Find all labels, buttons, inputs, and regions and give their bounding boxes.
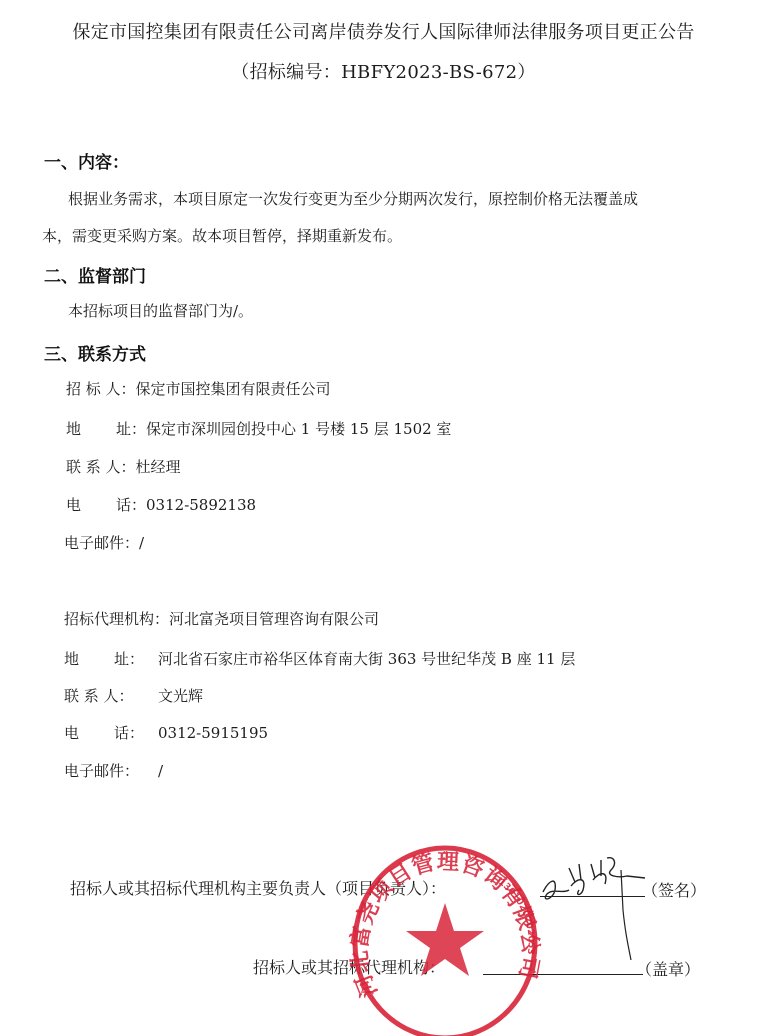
content-paragraph-line1: 根据业务需求，本项目原定一次发行变更为至少分期两次发行，原控制价格无法覆盖成 <box>68 188 638 209</box>
tenderer-name-label: 招 标 人： <box>66 380 136 398</box>
section-heading-content: 一、内容： <box>44 148 129 173</box>
agency-phone-row: 电话：0312-5915195 <box>64 722 268 743</box>
seal-star-icon <box>406 903 484 976</box>
tenderer-phone-label-b: 话： <box>116 496 146 514</box>
tenderer-address: 保定市深圳园创投中心 1 号楼 15 层 1502 室 <box>146 420 451 438</box>
agency-address-label-b: 址： <box>114 648 158 669</box>
agency-address-label-a: 地 <box>64 648 114 669</box>
tenderer-contact-row: 联 系 人：杜经理 <box>66 456 181 477</box>
agency-name-label: 招标代理机构： <box>64 610 169 628</box>
tenderer-phone-row: 电话：0312-5892138 <box>66 494 256 515</box>
agency-email: / <box>158 762 163 780</box>
tenderer-address-label-a: 地 <box>66 418 116 439</box>
tenderer-phone: 0312-5892138 <box>146 496 256 514</box>
tender-number: （招标编号：HBFY2023-BS-672） <box>0 58 767 84</box>
section-heading-contact: 三、联系方式 <box>44 340 146 365</box>
agency-address: 河北省石家庄市裕华区体育南大街 363 号世纪华茂 B 座 11 层 <box>158 650 575 668</box>
tenderer-address-row: 地址：保定市深圳园创投中心 1 号楼 15 层 1502 室 <box>66 418 451 439</box>
agency-name-row: 招标代理机构：河北富尧项目管理咨询有限公司 <box>64 608 379 629</box>
tenderer-email-row: 电子邮件：/ <box>64 532 144 553</box>
tenderer-email-label: 电子邮件： <box>64 534 139 552</box>
agency-phone: 0312-5915195 <box>158 724 268 742</box>
tenderer-contact-label: 联 系 人： <box>66 458 136 476</box>
tenderer-contact: 杜经理 <box>136 458 181 476</box>
seal-suffix: （盖章） <box>636 957 700 980</box>
agency-email-row: 电子邮件：/ <box>64 760 163 781</box>
tenderer-name-row: 招 标 人：保定市国控集团有限责任公司 <box>66 378 331 399</box>
handwritten-signature <box>535 850 650 960</box>
supervision-paragraph: 本招标项目的监督部门为/。 <box>68 300 253 321</box>
agency-email-label: 电子邮件： <box>64 760 158 781</box>
agency-name: 河北富尧项目管理咨询有限公司 <box>169 610 379 628</box>
signature-suffix: （签名） <box>642 878 706 901</box>
tenderer-address-label-b: 址： <box>116 420 146 438</box>
tenderer-phone-label-a: 电 <box>66 494 116 515</box>
agency-phone-label-b: 话： <box>114 722 158 743</box>
tenderer-email: / <box>139 534 144 552</box>
agency-contact-row: 联 系 人：文光辉 <box>64 685 203 706</box>
tenderer-name: 保定市国控集团有限责任公司 <box>136 380 331 398</box>
document-title: 保定市国控集团有限责任公司离岸债券发行人国际律师法律服务项目更正公告 <box>0 18 767 44</box>
agency-contact-label: 联 系 人： <box>64 685 158 706</box>
agency-phone-label-a: 电 <box>64 722 114 743</box>
agency-address-row: 地址：河北省石家庄市裕华区体育南大街 363 号世纪华茂 B 座 11 层 <box>64 648 575 669</box>
company-seal-stamp: 河北富尧项目管理咨询有限公司 1301020202053 <box>348 843 542 1036</box>
content-paragraph-line2: 本，需变更采购方案。故本项目暂停，择期重新发布。 <box>42 225 402 246</box>
agency-contact: 文光辉 <box>158 687 203 705</box>
section-heading-supervision: 二、监督部门 <box>44 262 146 287</box>
